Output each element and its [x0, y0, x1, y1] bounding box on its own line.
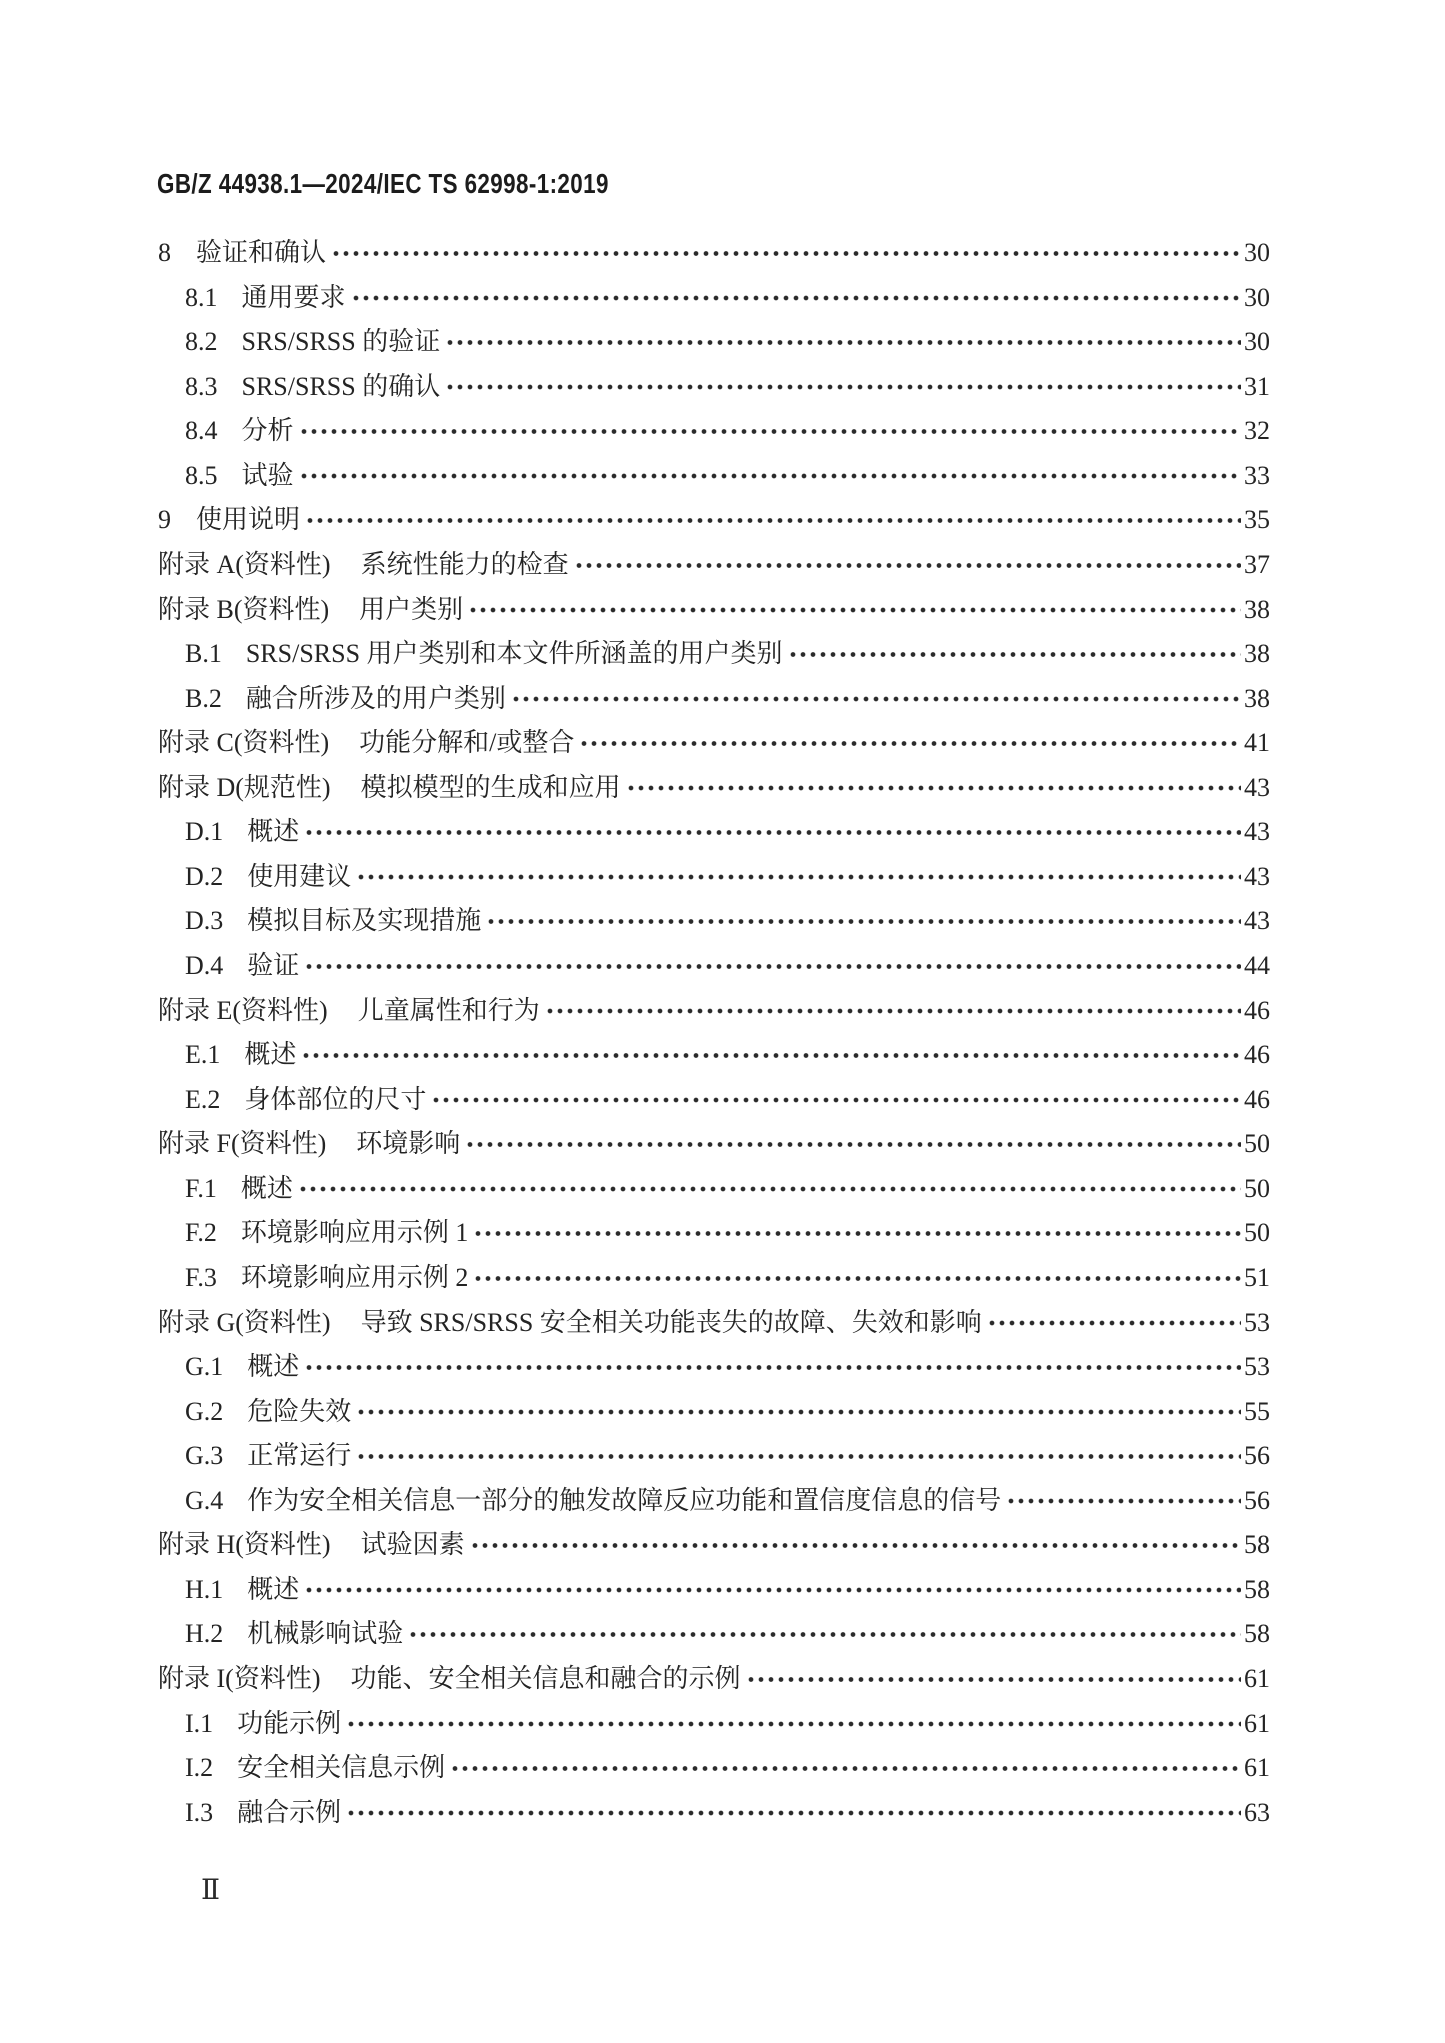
- toc-entry-page: 46: [1244, 989, 1270, 1034]
- toc-entry-title: SRS/SRSS 的验证: [242, 320, 441, 365]
- toc-entry-title: 模拟模型的生成和应用: [361, 766, 621, 811]
- toc-entry-title: 通用要求: [242, 276, 346, 321]
- dot-leader-icon: [450, 1746, 1241, 1791]
- toc-entry-number: D.3: [185, 899, 223, 944]
- toc-entry: 附录 I(资料性) 功能、安全相关信息和融合的示例 61: [158, 1657, 1270, 1702]
- toc-entry-title: 使用说明: [196, 498, 300, 543]
- toc-entry-page: 32: [1244, 409, 1270, 454]
- dot-leader-icon: [351, 276, 1241, 321]
- dot-leader-icon: [299, 409, 1241, 454]
- toc-entry-number: I.1: [185, 1702, 213, 1747]
- toc-entry: E.1 概述 46: [158, 1033, 1270, 1078]
- toc-entry-page: 43: [1244, 810, 1270, 855]
- toc-entry-title: 验证和确认: [196, 231, 326, 276]
- toc-entry-page: 56: [1244, 1434, 1270, 1479]
- toc-entry-number: 附录 I(资料性): [158, 1657, 320, 1702]
- toc-entry-number: F.3: [185, 1256, 217, 1301]
- toc-entry-page: 43: [1244, 899, 1270, 944]
- dot-leader-icon: [1006, 1479, 1241, 1524]
- toc-entry-page: 61: [1244, 1702, 1270, 1747]
- toc-entry-number: G.4: [185, 1479, 223, 1524]
- toc-entry-page: 38: [1244, 588, 1270, 633]
- toc-entry: 附录 H(资料性) 试验因素 58: [158, 1523, 1270, 1568]
- dot-leader-icon: [408, 1612, 1241, 1657]
- toc-entry-page: 53: [1244, 1345, 1270, 1390]
- document-page: GB/Z 44938.1—2024/IEC TS 62998-1:2019 8 …: [0, 0, 1445, 2043]
- toc-entry: D.1 概述 43: [158, 810, 1270, 855]
- toc-entry-number: F.1: [185, 1167, 217, 1212]
- dot-leader-icon: [305, 498, 1241, 543]
- dot-leader-icon: [445, 320, 1241, 365]
- dot-leader-icon: [304, 1568, 1241, 1613]
- toc-entry-number: H.1: [185, 1568, 223, 1613]
- toc-entry-number: E.2: [185, 1078, 220, 1123]
- dot-leader-icon: [788, 632, 1241, 677]
- dot-leader-icon: [626, 766, 1241, 811]
- toc-entry: F.3 环境影响应用示例 2 51: [158, 1256, 1270, 1301]
- toc-entry: F.1 概述 50: [158, 1167, 1270, 1212]
- toc-entry-number: 9: [158, 498, 171, 543]
- toc-entry-number: H.2: [185, 1612, 223, 1657]
- toc-entry-title: 环境影响: [356, 1122, 460, 1167]
- toc-entry-page: 46: [1244, 1078, 1270, 1123]
- toc-entry-number: 8.5: [185, 454, 218, 499]
- dot-leader-icon: [473, 1211, 1241, 1256]
- toc-entry-title: 使用建议: [247, 855, 351, 900]
- toc-list: 8 验证和确认 30 8.1 通用要求 30 8.2 SRS/SRSS 的验证 …: [158, 231, 1270, 1835]
- dot-leader-icon: [579, 721, 1241, 766]
- toc-entry: 附录 G(资料性) 导致 SRS/SRSS 安全相关功能丧失的故障、失效和影响 …: [158, 1301, 1270, 1346]
- toc-entry-number: 8.2: [185, 320, 218, 365]
- dot-leader-icon: [574, 543, 1241, 588]
- toc-entry: 附录 D(规范性) 模拟模型的生成和应用 43: [158, 766, 1270, 811]
- toc-entry-title: 导致 SRS/SRSS 安全相关功能丧失的故障、失效和影响: [361, 1301, 982, 1346]
- toc-entry-page: 61: [1244, 1746, 1270, 1791]
- toc-entry-page: 46: [1244, 1033, 1270, 1078]
- toc-entry-number: 8.4: [185, 409, 218, 454]
- toc-entry-title: 机械影响试验: [247, 1612, 403, 1657]
- dot-leader-icon: [511, 677, 1241, 722]
- toc-entry-page: 50: [1244, 1211, 1270, 1256]
- toc-entry-page: 38: [1244, 632, 1270, 677]
- toc-entry-page: 43: [1244, 766, 1270, 811]
- dot-leader-icon: [298, 1167, 1241, 1212]
- toc-entry: I.1 功能示例 61: [158, 1702, 1270, 1747]
- dot-leader-icon: [465, 1122, 1241, 1167]
- toc-entry-number: B.1: [185, 632, 222, 677]
- dot-leader-icon: [987, 1301, 1241, 1346]
- toc-entry-number: 附录 G(资料性): [158, 1301, 331, 1346]
- toc-entry-page: 53: [1244, 1301, 1270, 1346]
- dot-leader-icon: [468, 588, 1241, 633]
- toc-entry-number: D.1: [185, 810, 223, 855]
- toc-entry: 附录 C(资料性) 功能分解和/或整合 41: [158, 721, 1270, 766]
- toc-entry-title: 模拟目标及实现措施: [247, 899, 481, 944]
- page-number-footer: Ⅱ: [201, 1876, 220, 1906]
- toc-entry-page: 38: [1244, 677, 1270, 722]
- toc-entry-title: 概述: [241, 1167, 293, 1212]
- toc-entry-number: 8.1: [185, 276, 218, 321]
- toc-entry: 附录 E(资料性) 儿童属性和行为 46: [158, 989, 1270, 1034]
- toc-entry: 附录 F(资料性) 环境影响 50: [158, 1122, 1270, 1167]
- dot-leader-icon: [356, 1434, 1241, 1479]
- toc-entry-page: 41: [1244, 721, 1270, 766]
- toc-entry: H.1 概述 58: [158, 1568, 1270, 1613]
- toc-entry-page: 61: [1244, 1657, 1270, 1702]
- toc-entry: G.2 危险失效 55: [158, 1390, 1270, 1435]
- toc-entry: 8.3 SRS/SRSS 的确认 31: [158, 365, 1270, 410]
- toc-entry-title: 试验: [242, 454, 294, 499]
- toc-entry: G.3 正常运行 56: [158, 1434, 1270, 1479]
- toc-entry-page: 33: [1244, 454, 1270, 499]
- toc-entry-title: 危险失效: [247, 1390, 351, 1435]
- dot-leader-icon: [299, 454, 1241, 499]
- toc-entry-page: 58: [1244, 1523, 1270, 1568]
- toc-entry-number: E.1: [185, 1033, 220, 1078]
- toc-entry: H.2 机械影响试验 58: [158, 1612, 1270, 1657]
- dot-leader-icon: [346, 1791, 1241, 1836]
- toc-entry-number: 8: [158, 231, 171, 276]
- toc-entry-page: 51: [1244, 1256, 1270, 1301]
- dot-leader-icon: [331, 231, 1241, 276]
- toc-entry-number: 附录 A(资料性): [158, 543, 331, 588]
- toc-entry: I.2 安全相关信息示例 61: [158, 1746, 1270, 1791]
- toc-entry-number: 附录 H(资料性): [158, 1523, 331, 1568]
- dot-leader-icon: [486, 899, 1241, 944]
- toc-entry: 8.5 试验 33: [158, 454, 1270, 499]
- toc-entry-number: B.2: [185, 677, 222, 722]
- dot-leader-icon: [304, 1345, 1241, 1390]
- toc-entry-page: 30: [1244, 276, 1270, 321]
- toc-entry-number: 附录 E(资料性): [158, 989, 328, 1034]
- toc-entry-title: 概述: [247, 1568, 299, 1613]
- toc-entry-page: 55: [1244, 1390, 1270, 1435]
- dot-leader-icon: [356, 1390, 1241, 1435]
- toc-entry: 8.1 通用要求 30: [158, 276, 1270, 321]
- toc-entry-number: 附录 C(资料性): [158, 721, 329, 766]
- toc-entry-number: D.4: [185, 944, 223, 989]
- toc-entry: B.2 融合所涉及的用户类别 38: [158, 677, 1270, 722]
- toc-entry-title: 概述: [247, 810, 299, 855]
- toc-entry-number: 附录 F(资料性): [158, 1122, 326, 1167]
- toc-entry: 8.2 SRS/SRSS 的验证 30: [158, 320, 1270, 365]
- toc-entry: 9 使用说明 35: [158, 498, 1270, 543]
- toc-entry-title: 用户类别: [359, 588, 463, 633]
- toc-entry-title: 验证: [247, 944, 299, 989]
- toc-entry-page: 37: [1244, 543, 1270, 588]
- toc-entry-number: 附录 D(规范性): [158, 766, 331, 811]
- toc-entry-page: 30: [1244, 231, 1270, 276]
- toc-entry-page: 31: [1244, 365, 1270, 410]
- toc-entry-title: 融合示例: [237, 1791, 341, 1836]
- toc-entry: 附录 A(资料性) 系统性能力的检查 37: [158, 543, 1270, 588]
- toc-entry-page: 58: [1244, 1568, 1270, 1613]
- toc-entry-number: D.2: [185, 855, 223, 900]
- toc-entry-title: SRS/SRSS 用户类别和本文件所涵盖的用户类别: [246, 632, 783, 677]
- toc-entry-title: 功能示例: [237, 1702, 341, 1747]
- toc-entry: 8 验证和确认 30: [158, 231, 1270, 276]
- toc-entry: D.2 使用建议 43: [158, 855, 1270, 900]
- dot-leader-icon: [346, 1702, 1241, 1747]
- toc-entry-title: 系统性能力的检查: [361, 543, 569, 588]
- dot-leader-icon: [445, 365, 1241, 410]
- dot-leader-icon: [301, 1033, 1241, 1078]
- toc-entry-title: 安全相关信息示例: [237, 1746, 445, 1791]
- toc-entry-title: 分析: [242, 409, 294, 454]
- toc-entry-title: 环境影响应用示例 1: [241, 1211, 469, 1256]
- toc-entry: I.3 融合示例 63: [158, 1791, 1270, 1836]
- toc-entry-number: G.1: [185, 1345, 223, 1390]
- toc-entry-page: 30: [1244, 320, 1270, 365]
- toc-entry-number: I.3: [185, 1791, 213, 1836]
- toc-entry-title: 儿童属性和行为: [358, 989, 540, 1034]
- dot-leader-icon: [304, 810, 1241, 855]
- dot-leader-icon: [470, 1523, 1241, 1568]
- toc-entry-title: 概述: [247, 1345, 299, 1390]
- standard-number-header: GB/Z 44938.1—2024/IEC TS 62998-1:2019: [157, 170, 609, 198]
- toc-entry: B.1 SRS/SRSS 用户类别和本文件所涵盖的用户类别 38: [158, 632, 1270, 677]
- toc-entry: D.4 验证 44: [158, 944, 1270, 989]
- toc-entry-title: 概述: [244, 1033, 296, 1078]
- toc-entry-number: G.2: [185, 1390, 223, 1435]
- dot-leader-icon: [356, 855, 1241, 900]
- toc-entry-number: I.2: [185, 1746, 213, 1791]
- toc-entry-title: 作为安全相关信息一部分的触发故障反应功能和置信度信息的信号: [247, 1479, 1001, 1524]
- toc-entry-page: 58: [1244, 1612, 1270, 1657]
- toc-entry-number: F.2: [185, 1211, 217, 1256]
- dot-leader-icon: [304, 944, 1241, 989]
- dot-leader-icon: [545, 989, 1241, 1034]
- toc-entry: E.2 身体部位的尺寸 46: [158, 1078, 1270, 1123]
- toc-entry-page: 35: [1244, 498, 1270, 543]
- toc-entry: 8.4 分析 32: [158, 409, 1270, 454]
- toc-entry: D.3 模拟目标及实现措施 43: [158, 899, 1270, 944]
- toc-entry-page: 50: [1244, 1122, 1270, 1167]
- toc-entry: 附录 B(资料性) 用户类别 38: [158, 588, 1270, 633]
- toc-entry-title: 环境影响应用示例 2: [241, 1256, 469, 1301]
- toc-entry-title: 功能分解和/或整合: [359, 721, 574, 766]
- toc-entry-title: 身体部位的尺寸: [244, 1078, 426, 1123]
- toc-entry-page: 44: [1244, 944, 1270, 989]
- toc-entry-page: 56: [1244, 1479, 1270, 1524]
- toc-entry: F.2 环境影响应用示例 1 50: [158, 1211, 1270, 1256]
- toc-entry-title: 正常运行: [247, 1434, 351, 1479]
- dot-leader-icon: [473, 1256, 1241, 1301]
- toc-entry: G.4 作为安全相关信息一部分的触发故障反应功能和置信度信息的信号 56: [158, 1479, 1270, 1524]
- toc-entry-title: SRS/SRSS 的确认: [242, 365, 441, 410]
- toc-entry-page: 50: [1244, 1167, 1270, 1212]
- toc-entry-title: 融合所涉及的用户类别: [246, 677, 506, 722]
- toc-entry-page: 63: [1244, 1791, 1270, 1836]
- dot-leader-icon: [746, 1657, 1242, 1702]
- toc-entry-number: 8.3: [185, 365, 218, 410]
- toc-entry-page: 43: [1244, 855, 1270, 900]
- toc-entry-number: 附录 B(资料性): [158, 588, 329, 633]
- toc-entry-title: 试验因素: [361, 1523, 465, 1568]
- dot-leader-icon: [431, 1078, 1241, 1123]
- toc-entry-number: G.3: [185, 1434, 223, 1479]
- toc-entry: G.1 概述 53: [158, 1345, 1270, 1390]
- toc-entry-title: 功能、安全相关信息和融合的示例: [350, 1657, 740, 1702]
